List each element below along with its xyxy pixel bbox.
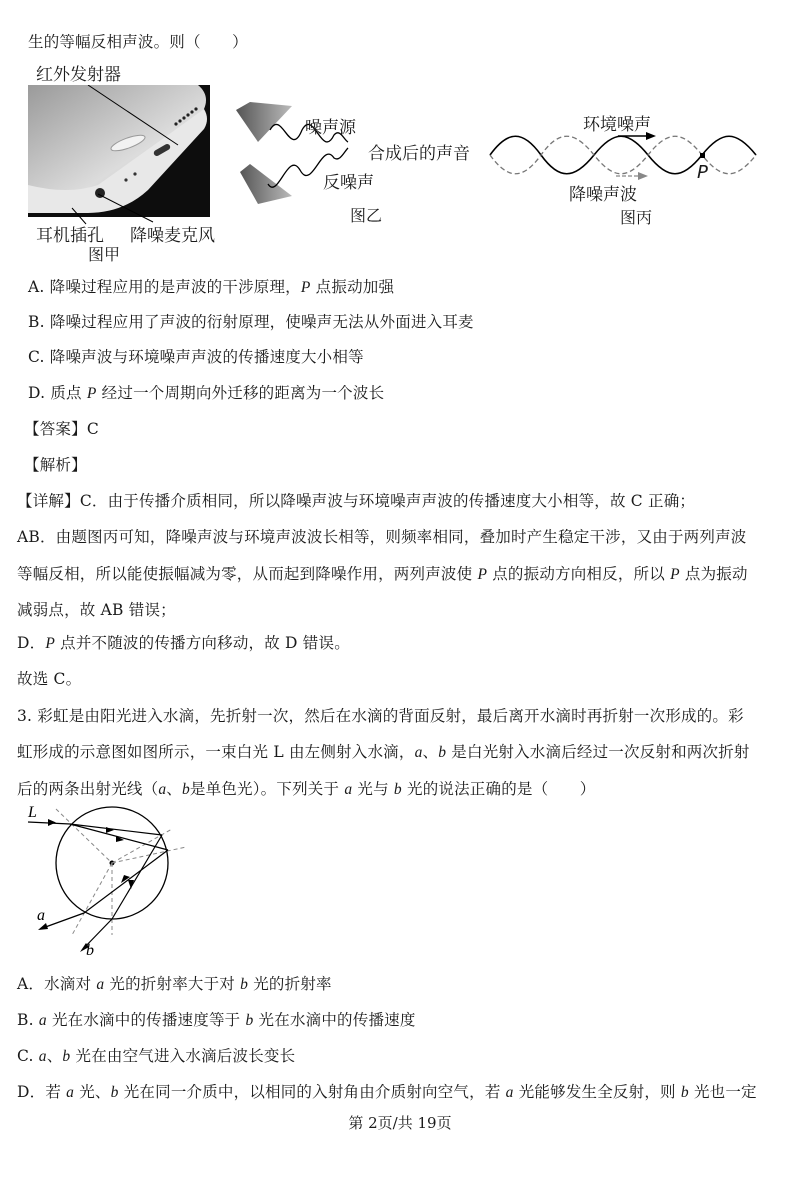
wave-diagram [488, 130, 758, 180]
q2-detail-ab-1: AB．由题图丙可知，降噪声波与环境声波波长相等，则频率相同，叠加时产生稳定干涉，… [17, 525, 747, 547]
q3-stem-2: 虹形成的示意图如图所示，一束白光 L 由左侧射入水滴，a、b 是白光射入水滴后经… [17, 740, 750, 762]
label-point-p: P [697, 162, 708, 183]
intro-line: 生的等幅反相声波。则（ ） [28, 30, 248, 52]
label-combined-sound: 合成后的声音 [368, 139, 470, 164]
label-L: L [27, 804, 37, 821]
q2-option-a: A. 降噪过程应用的是声波的干涉原理，P 点振动加强 [28, 275, 394, 297]
q2-conclusion: 故选 C。 [17, 667, 81, 689]
label-a: a [37, 907, 45, 924]
q3-option-d: D．若 a 光、b 光在同一介质中，以相同的入射角由介质射向空气，若 a 光能够… [17, 1080, 757, 1102]
label-anti-noise-wave: 降噪声波 [569, 180, 637, 205]
q2-answer: 【答案】C [24, 417, 99, 439]
page-number: 第 2页/共 19页 [0, 1112, 800, 1133]
anti-noise-speaker-icon [240, 164, 292, 204]
q2-option-b: B. 降噪过程应用了声波的衍射原理，使噪声无法从外面进入耳麦 [28, 310, 474, 332]
label-anti-noise: 反噪声 [323, 168, 374, 193]
raindrop-diagram: L a b [0, 795, 250, 965]
caption-jia: 图甲 [88, 242, 120, 265]
q2-detail-d: D．P 点并不随波的传播方向移动，故 D 错误。 [17, 631, 350, 653]
caption-yi: 图乙 [350, 203, 382, 226]
phone-illustration [28, 85, 210, 217]
caption-bing: 图丙 [620, 205, 652, 228]
q3-stem-1: 3. 彩虹是由阳光进入水滴，先折射一次，然后在水滴的背面反射，最后离开水滴时再折… [17, 704, 744, 726]
phone-photo [28, 85, 210, 217]
q3-option-c: C. a、b 光在由空气进入水滴后波长变长 [17, 1044, 295, 1066]
q2-option-c: C. 降噪声波与环境噪声声波的传播速度大小相等 [28, 345, 364, 367]
q3-option-a: A．水滴对 a 光的折射率大于对 b 光的折射率 [17, 972, 332, 994]
label-noise-source: 噪声源 [305, 113, 356, 138]
q2-detail-ab-2: 等幅反相，所以能使振幅减为零，从而起到降噪作用，两列声波使 P 点的振动方向相反… [17, 562, 748, 584]
label-b: b [86, 942, 94, 959]
q2-detail-c: 【详解】C．由于传播介质相同，所以降噪声波与环境噪声声波的传播速度大小相等，故 … [17, 489, 695, 511]
label-environment-noise: 环境噪声 [583, 110, 651, 135]
noise-source-speaker-icon [236, 102, 292, 142]
q2-analysis-label: 【解析】 [24, 453, 87, 475]
q2-option-d: D. 质点 P 经过一个周期向外迁移的距离为一个波长 [28, 381, 384, 403]
point-p-marker [700, 153, 705, 158]
q3-option-b: B. a 光在水滴中的传播速度等于 b 光在水滴中的传播速度 [17, 1008, 416, 1030]
label-ir-emitter: 红外发射器 [36, 60, 121, 85]
label-noise-mic: 降噪麦克风 [130, 221, 215, 246]
q2-detail-ab-3: 减弱点，故 AB 错误； [17, 598, 176, 620]
